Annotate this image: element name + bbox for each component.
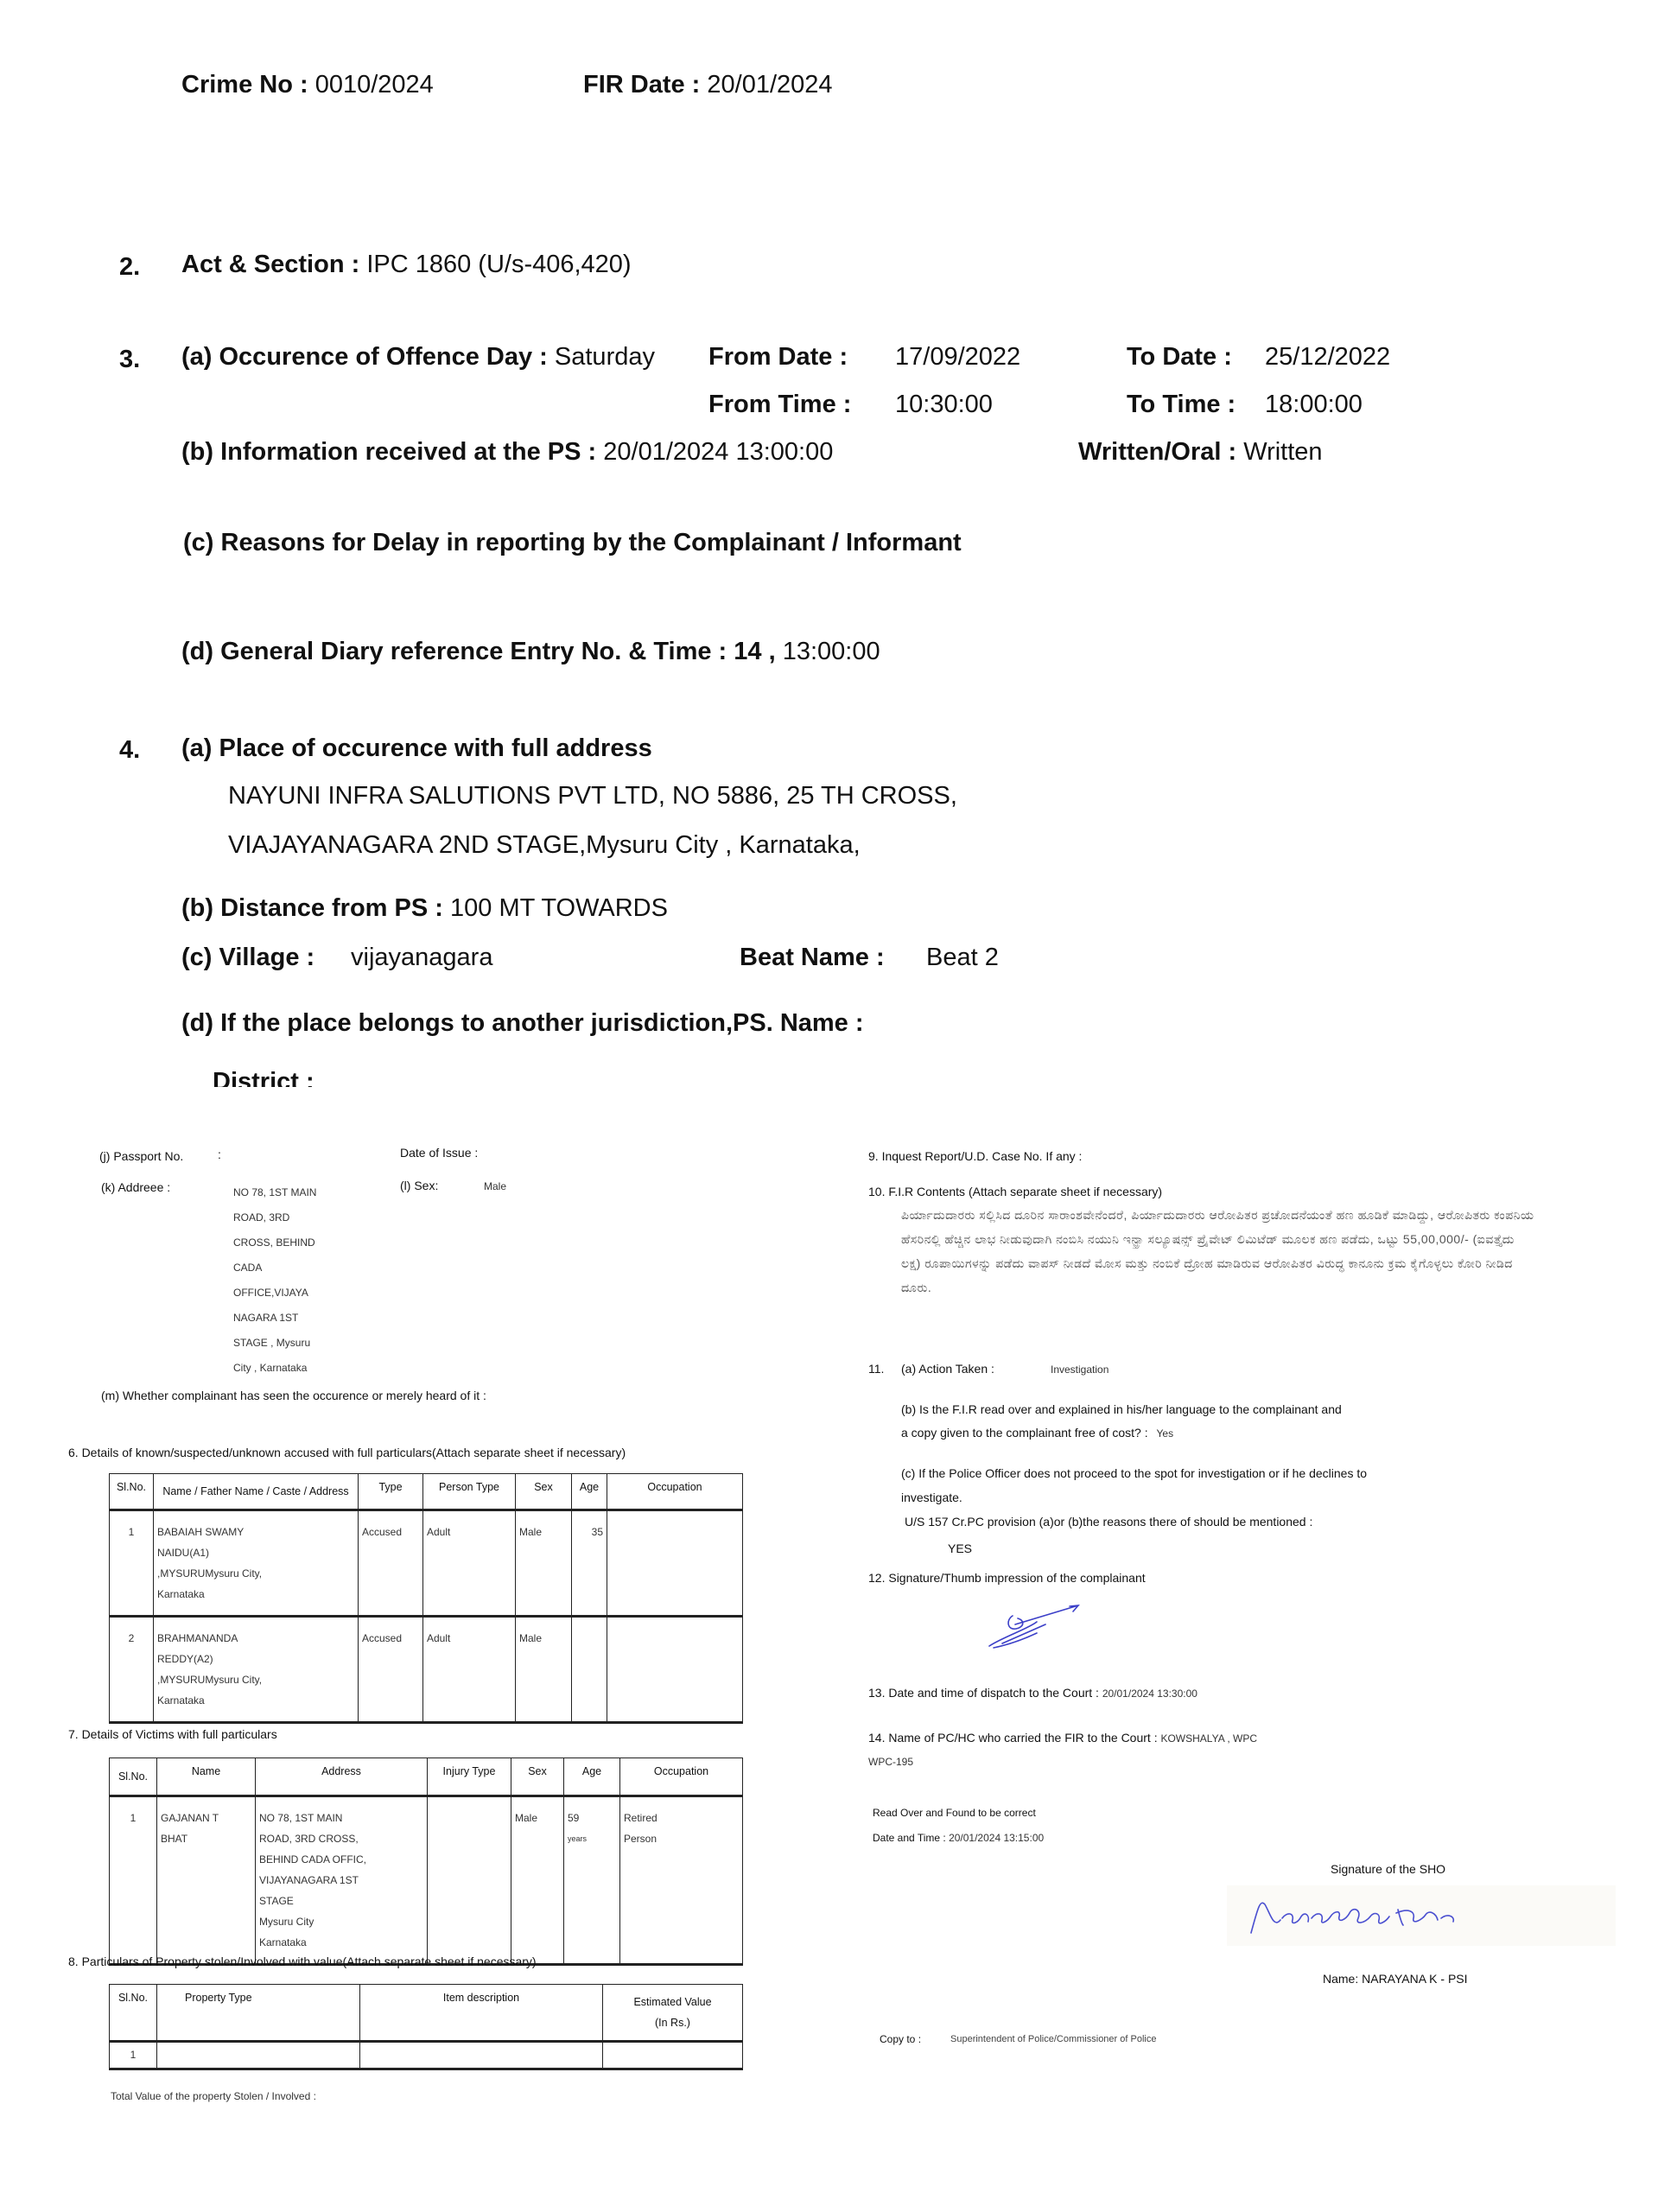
read-over-datetime-value: 20/01/2024 13:15:00 [949, 1832, 1044, 1844]
fir-copy-given-label: a copy given to the complainant free of … [901, 1426, 1148, 1440]
cell-type: Accused [359, 1510, 423, 1617]
distance-label: (b) Distance from PS : [181, 894, 443, 922]
fir-carrier-label: 14. Name of PC/HC who carried the FIR to… [868, 1731, 1158, 1745]
cell-item-description [360, 2042, 603, 2069]
sex-label: (l) Sex: [400, 1179, 438, 1192]
age-line: 59 [568, 1808, 616, 1828]
accused-table-header: Sl.No. Name / Father Name / Caste / Addr… [110, 1474, 743, 1510]
seen-or-heard-label: (m) Whether complainant has seen the occ… [101, 1389, 486, 1402]
cell-sl: 1 [110, 1796, 157, 1965]
age-unit: years [568, 1828, 616, 1849]
fir-date-label: FIR Date : [583, 71, 700, 99]
general-diary-label: (d) General Diary reference Entry No. & … [181, 638, 776, 665]
occupation-line: Retired [624, 1808, 739, 1828]
address-line: CROSS, BEHIND [233, 1230, 316, 1255]
name-line: BRAHMANANDA [157, 1628, 354, 1649]
col-occupation: Occupation [620, 1758, 743, 1796]
from-date-label: From Date : [708, 343, 848, 372]
info-received-label: (b) Information received at the PS : [181, 438, 596, 466]
name-line: NAIDU(A1) [157, 1542, 354, 1563]
address-line: Mysuru City [259, 1911, 423, 1932]
cell-sl: 1 [110, 2042, 157, 2069]
to-time-value: 18:00:00 [1265, 391, 1363, 419]
inquest-report-label: 9. Inquest Report/U.D. Case No. If any : [868, 1149, 1082, 1163]
dispatch-value: 20/01/2024 13:30:00 [1102, 1688, 1197, 1700]
fir-copy-given-value: Yes [1157, 1427, 1174, 1440]
table-row: 1 GAJANAN T BHAT NO 78, 1ST MAIN ROAD, 3… [110, 1796, 743, 1965]
from-date-value: 17/09/2022 [895, 343, 1020, 372]
place-of-occurrence-label: (a) Place of occurence with full address [181, 734, 652, 763]
distance-value: 100 MT TOWARDS [450, 894, 668, 922]
address-line: BEHIND CADA OFFIC, [259, 1849, 423, 1870]
section-11-number: 11. [868, 1362, 884, 1376]
col-type: Type [359, 1474, 423, 1510]
place-address-line-2: VIAJAYANAGARA 2ND STAGE,Mysuru City , Ka… [228, 831, 861, 860]
table-row: 1 BABAIAH SWAMY NAIDU(A1) ,MYSURUMysuru … [110, 1510, 743, 1617]
address-line: City , Karnataka [233, 1356, 316, 1381]
dispatch-label: 13. Date and time of dispatch to the Cou… [868, 1686, 1099, 1700]
col-person-type: Person Type [423, 1474, 516, 1510]
cell-sex: Male [511, 1796, 564, 1965]
act-section-value: IPC 1860 (U/s-406,420) [366, 251, 631, 278]
name-line: BHAT [161, 1828, 251, 1849]
written-oral: Written/Oral : Written [1078, 438, 1323, 467]
name-line: REDDY(A2) [157, 1649, 354, 1669]
officer-declines-line-1: (c) If the Police Officer does not proce… [901, 1466, 1367, 1480]
col-injury-type: Injury Type [428, 1758, 511, 1796]
cell-age [572, 1617, 607, 1723]
name-line: GAJANAN T [161, 1808, 251, 1828]
cell-name: BABAIAH SWAMY NAIDU(A1) ,MYSURUMysuru Ci… [154, 1510, 359, 1617]
cell-type: Accused [359, 1617, 423, 1723]
passport-separator: : [218, 1147, 221, 1161]
to-date-value: 25/12/2022 [1265, 343, 1390, 372]
fir-contents-text: ಪಿರ್ಯಾದುದಾರರು ಸಲ್ಲಿಸಿದ ದೂರಿನ ಸಾರಾಂಶವೇನೆಂ… [901, 1203, 1536, 1300]
occurrence-day-value: Saturday [555, 343, 655, 371]
date-of-issue-label: Date of Issue : [400, 1146, 478, 1160]
fir-carrier-id: WPC-195 [868, 1756, 913, 1768]
victims-section-title: 7. Details of Victims with full particul… [68, 1727, 277, 1741]
address-line: ROAD, 3RD [233, 1205, 316, 1230]
village-label: (c) Village : [181, 944, 314, 972]
written-oral-label: Written/Oral : [1078, 438, 1236, 466]
address-line: ROAD, 3RD CROSS, [259, 1828, 423, 1849]
complainant-signature-label: 12. Signature/Thumb impression of the co… [868, 1571, 1146, 1585]
victims-table-header: Sl.No. Name Address Injury Type Sex Age … [110, 1758, 743, 1796]
cell-sex: Male [516, 1617, 572, 1723]
address-line: CADA [233, 1255, 316, 1281]
cell-occupation: Retired Person [620, 1796, 743, 1965]
property-section-title: 8. Particulars of Property stolen/Involv… [68, 1955, 537, 1968]
total-value-label: Total Value of the property Stolen / Inv… [111, 2090, 316, 2102]
col-item-description: Item description [360, 1985, 603, 2042]
fir-date-value: 20/01/2024 [707, 71, 832, 99]
district-label: District : [213, 1068, 314, 1087]
fir-copy-given: a copy given to the complainant free of … [901, 1426, 1173, 1440]
property-table: Sl.No. Property Type Item description Es… [109, 1984, 743, 2070]
accused-table: Sl.No. Name / Father Name / Caste / Addr… [109, 1473, 743, 1724]
from-time-value: 10:30:00 [895, 391, 993, 419]
occurrence-day: (a) Occurence of Offence Day : Saturday [181, 343, 655, 372]
victims-table: Sl.No. Name Address Injury Type Sex Age … [109, 1758, 743, 1966]
cell-person-type: Adult [423, 1510, 516, 1617]
address-line: STAGE [259, 1891, 423, 1911]
name-line: Karnataka [157, 1584, 354, 1605]
sex-value: Male [484, 1180, 506, 1192]
beat-name-label: Beat Name : [740, 944, 885, 972]
other-jurisdiction-label: (d) If the place belongs to another juri… [181, 1009, 864, 1038]
section-3-number: 3. [119, 346, 140, 374]
accused-section-title: 6. Details of known/suspected/unknown ac… [68, 1446, 626, 1459]
col-sex: Sex [516, 1474, 572, 1510]
property-table-header: Sl.No. Property Type Item description Es… [110, 1985, 743, 2042]
occurrence-day-label: (a) Occurence of Offence Day : [181, 343, 548, 371]
complainant-signature-icon [976, 1603, 1106, 1655]
distance-from-ps: (b) Distance from PS : 100 MT TOWARDS [181, 894, 668, 923]
col-age: Age [572, 1474, 607, 1510]
address-line: NO 78, 1ST MAIN [233, 1180, 316, 1205]
cell-sl: 1 [110, 1510, 154, 1617]
general-diary: (d) General Diary reference Entry No. & … [181, 638, 880, 666]
beat-name-value: Beat 2 [926, 944, 999, 972]
address-line: STAGE , Mysuru [233, 1331, 316, 1356]
name-line: ,MYSURUMysuru City, [157, 1669, 354, 1690]
col-occupation: Occupation [607, 1474, 743, 1510]
to-date-label: To Date : [1127, 343, 1232, 372]
action-taken-value: Investigation [1051, 1363, 1108, 1376]
col-age: Age [564, 1758, 620, 1796]
col-name: Name / Father Name / Caste / Address [154, 1474, 359, 1510]
read-over-datetime-label: Date and Time : [873, 1832, 946, 1844]
complainant-address: NO 78, 1ST MAIN ROAD, 3RD CROSS, BEHIND … [233, 1180, 316, 1381]
address-label: (k) Addreee : [101, 1180, 170, 1194]
name-line: Karnataka [157, 1690, 354, 1711]
col-address: Address [256, 1758, 428, 1796]
to-time-label: To Time : [1127, 391, 1236, 419]
address-line: OFFICE,VIJAYA [233, 1281, 316, 1306]
read-over-note: Read Over and Found to be correct [873, 1807, 1036, 1819]
occupation-line: Person [624, 1828, 739, 1849]
cell-sl: 2 [110, 1617, 154, 1723]
name-line: BABAIAH SWAMY [157, 1522, 354, 1542]
cell-occupation [607, 1617, 743, 1723]
col-sl-no: Sl.No. [110, 1985, 157, 2042]
cell-address: NO 78, 1ST MAIN ROAD, 3RD CROSS, BEHIND … [256, 1796, 428, 1965]
fir-carrier: 14. Name of PC/HC who carried the FIR to… [868, 1731, 1257, 1745]
action-taken-label: (a) Action Taken : [901, 1362, 994, 1376]
cell-name: BRAHMANANDA REDDY(A2) ,MYSURUMysuru City… [154, 1617, 359, 1723]
sho-signature-icon [1244, 1894, 1521, 1942]
cell-sex: Male [516, 1510, 572, 1617]
col-sl-no: Sl.No. [110, 1474, 154, 1510]
crime-number: Crime No : 0010/2024 [181, 71, 434, 99]
village-value: vijayanagara [351, 944, 492, 972]
cell-occupation [607, 1510, 743, 1617]
read-over-datetime: Date and Time : 20/01/2024 13:15:00 [873, 1832, 1044, 1844]
act-section-label: Act & Section : [181, 251, 359, 278]
col-name: Name [157, 1758, 256, 1796]
officer-declines-line-3: U/S 157 Cr.PC provision (a)or (b)the rea… [905, 1515, 1312, 1529]
passport-label: (j) Passport No. [99, 1149, 183, 1163]
info-received: (b) Information received at the PS : 20/… [181, 438, 833, 467]
info-received-value: 20/01/2024 13:00:00 [603, 438, 833, 466]
cell-age: 35 [572, 1510, 607, 1617]
cell-age: 59 years [564, 1796, 620, 1965]
table-row: 2 BRAHMANANDA REDDY(A2) ,MYSURUMysuru Ci… [110, 1617, 743, 1723]
sho-signature-label: Signature of the SHO [1331, 1862, 1445, 1876]
cell-injury-type [428, 1796, 511, 1965]
fir-read-over-question: (b) Is the F.I.R read over and explained… [901, 1402, 1342, 1416]
delay-reasons-label: (c) Reasons for Delay in reporting by th… [183, 529, 962, 557]
act-section: Act & Section : IPC 1860 (U/s-406,420) [181, 251, 632, 279]
address-line: VIJAYANAGARA 1ST [259, 1870, 423, 1891]
dispatch-to-court: 13. Date and time of dispatch to the Cou… [868, 1686, 1197, 1700]
written-oral-value: Written [1243, 438, 1322, 466]
section-4-number: 4. [119, 736, 140, 765]
crime-no-value: 0010/2024 [315, 71, 434, 99]
copy-to-label: Copy to : [880, 2033, 921, 2045]
address-line: NO 78, 1ST MAIN [259, 1808, 423, 1828]
district-clip: District : [213, 1068, 314, 1087]
from-time-label: From Time : [708, 391, 851, 419]
cell-name: GAJANAN T BHAT [157, 1796, 256, 1965]
fir-date: FIR Date : 20/01/2024 [583, 71, 833, 99]
section-2-number: 2. [119, 253, 140, 282]
general-diary-time: 13:00:00 [783, 638, 880, 665]
officer-declines-value: YES [948, 1541, 972, 1555]
address-line: NAGARA 1ST [233, 1306, 316, 1331]
officer-declines-line-2: investigate. [901, 1491, 962, 1504]
col-sex: Sex [511, 1758, 564, 1796]
name-line: ,MYSURUMysuru City, [157, 1563, 354, 1584]
cell-person-type: Adult [423, 1617, 516, 1723]
address-line: Karnataka [259, 1932, 423, 1953]
col-estimated-value: Estimated Value (In Rs.) [603, 1985, 743, 2042]
cell-estimated-value [603, 2042, 743, 2069]
table-row: 1 [110, 2042, 743, 2069]
col-sl-no: Sl.No. [110, 1758, 157, 1796]
place-address-line-1: NAYUNI INFRA SALUTIONS PVT LTD, NO 5886,… [228, 782, 957, 810]
col-property-type: Property Type [157, 1985, 360, 2042]
cell-property-type [157, 2042, 360, 2069]
copy-to-value: Superintendent of Police/Commissioner of… [950, 2034, 1156, 2044]
crime-no-label: Crime No : [181, 71, 308, 99]
sho-name: Name: NARAYANA K - PSI [1323, 1972, 1468, 1986]
fir-carrier-value: KOWSHALYA , WPC [1160, 1732, 1257, 1745]
fir-contents-label: 10. F.I.R Contents (Attach separate shee… [868, 1185, 1162, 1198]
